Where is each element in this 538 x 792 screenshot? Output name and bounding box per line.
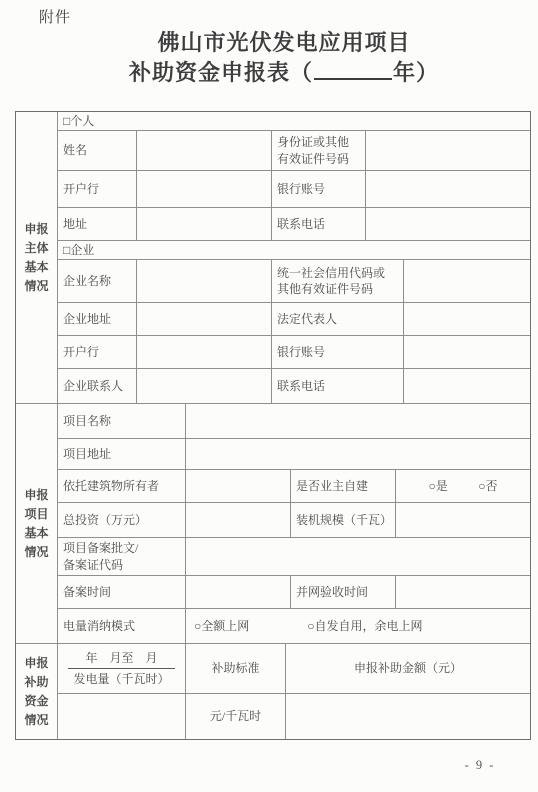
period-blank-line: 年 月至 月 <box>68 650 174 668</box>
table-row: 企业地址 法定代表人 <box>58 303 530 336</box>
generation-value-cell <box>58 694 186 739</box>
table-row: 总投资（万元） 装机规模（千瓦） <box>58 503 530 538</box>
name-value-cell <box>137 131 272 170</box>
total-investment-label: 总投资（万元） <box>58 503 186 537</box>
building-owner-label: 依托建筑物所有者 <box>58 470 186 502</box>
subsidy-amount-value-cell <box>286 694 530 739</box>
generation-period-cell: 年 月至 月 发电量（千瓦时） <box>58 644 186 693</box>
section-applicant-body: □个人 姓名 身份证或其他 有效证件号码 开户行 银行账号 地址 <box>58 112 530 403</box>
section-subsidy-label: 申报 补助 资金 情况 <box>16 644 58 739</box>
grid-acceptance-label: 并网验收时间 <box>291 576 396 608</box>
table-row: 依托建筑物所有者 是否业主自建 ○是 ○否 <box>58 470 530 503</box>
document-title: 佛山市光伏发电应用项目 补助资金申报表（年） <box>30 28 538 88</box>
phone-value-cell <box>366 208 530 240</box>
company-address-label: 企业地址 <box>58 303 137 335</box>
phone-label: 联系电话 <box>272 208 366 240</box>
table-row: 项目名称 <box>58 404 530 439</box>
installed-capacity-value-cell <box>396 503 530 537</box>
owner-self-built-label: 是否业主自建 <box>291 470 396 502</box>
table-row: 项目地址 <box>58 439 530 470</box>
section-project: 申报 项目 基本 情况 项目名称 项目地址 依托建筑物所有者 是否业主自建 ○是 <box>16 404 530 644</box>
bank-value-cell <box>137 171 272 207</box>
project-address-value-cell <box>186 439 530 469</box>
table-row: 企业名称 统一社会信用代码或 其他有效证件号码 <box>58 260 530 303</box>
credit-code-label: 统一社会信用代码或 其他有效证件号码 <box>272 260 404 302</box>
table-row: □企业 <box>58 241 530 260</box>
attachment-label: 附件 <box>39 6 71 27</box>
id-number-value-cell <box>366 131 530 170</box>
consumption-mode-options: ○全额上网 ○自发自用，余电上网 <box>186 609 530 643</box>
individual-checkbox-header: □个人 <box>58 112 530 130</box>
bank-account-label: 银行账号 <box>272 171 366 207</box>
company-phone-value-cell <box>404 369 530 403</box>
project-name-label: 项目名称 <box>58 404 186 438</box>
company-contact-value-cell <box>137 369 272 403</box>
installed-capacity-label: 装机规模（千瓦） <box>291 503 396 537</box>
company-address-value-cell <box>137 303 272 335</box>
section-subsidy: 申报 补助 资金 情况 年 月至 月 发电量（千瓦时） 补助标准 申报补助金额（… <box>16 644 530 739</box>
table-row: 电量消纳模式 ○全额上网 ○自发自用，余电上网 <box>58 609 530 643</box>
title-line2-suffix: 年） <box>393 60 439 85</box>
id-number-label: 身份证或其他 有效证件号码 <box>272 131 366 170</box>
table-row: 姓名 身份证或其他 有效证件号码 <box>58 131 530 171</box>
document-page: 附件 佛山市光伏发电应用项目 补助资金申报表（年） 申报 主体 基本 情况 □个… <box>0 0 538 792</box>
generation-label: 发电量（千瓦时） <box>73 671 169 687</box>
record-doc-value-cell <box>186 538 530 575</box>
legal-representative-value-cell <box>404 303 530 335</box>
radio-no-option: ○否 <box>478 478 497 494</box>
company-phone-label: 联系电话 <box>272 369 404 403</box>
radio-yes-option: ○是 <box>429 478 448 494</box>
table-row: 开户行 银行账号 <box>58 171 530 208</box>
application-form-table: 申报 主体 基本 情况 □个人 姓名 身份证或其他 有效证件号码 开户行 银行账… <box>15 111 531 740</box>
project-address-label: 项目地址 <box>58 439 186 469</box>
company-bank-account-value-cell <box>404 336 530 368</box>
title-line-1: 佛山市光伏发电应用项目 <box>30 28 538 58</box>
table-row: 年 月至 月 发电量（千瓦时） 补助标准 申报补助金额（元） <box>58 644 530 694</box>
table-row: 企业联系人 联系电话 <box>58 369 530 403</box>
section-applicant: 申报 主体 基本 情况 □个人 姓名 身份证或其他 有效证件号码 开户行 银行账… <box>16 112 530 404</box>
bank-label: 开户行 <box>58 171 137 207</box>
table-row: 地址 联系电话 <box>58 208 530 241</box>
company-contact-label: 企业联系人 <box>58 369 137 403</box>
subsidy-amount-label: 申报补助金额（元） <box>286 644 530 693</box>
address-value-cell <box>137 208 272 240</box>
record-doc-label: 项目备案批文/ 备案证代码 <box>58 538 186 575</box>
company-bank-account-label: 银行账号 <box>272 336 404 368</box>
table-row: 元/千瓦时 <box>58 694 530 739</box>
subsidy-unit-label: 元/千瓦时 <box>186 694 286 739</box>
table-row: 项目备案批文/ 备案证代码 <box>58 538 530 576</box>
record-time-value-cell <box>186 576 291 608</box>
total-investment-value-cell <box>186 503 291 537</box>
bank-account-value-cell <box>366 171 530 207</box>
page-number: - 9 - <box>450 758 510 773</box>
section-project-label: 申报 项目 基本 情况 <box>16 404 58 643</box>
record-time-label: 备案时间 <box>58 576 186 608</box>
credit-code-value-cell <box>404 260 530 302</box>
building-owner-value-cell <box>186 470 291 502</box>
company-name-label: 企业名称 <box>58 260 137 302</box>
name-label: 姓名 <box>58 131 137 170</box>
company-name-value-cell <box>137 260 272 302</box>
legal-representative-label: 法定代表人 <box>272 303 404 335</box>
enterprise-checkbox-header: □企业 <box>58 241 530 259</box>
company-bank-label: 开户行 <box>58 336 137 368</box>
section-project-body: 项目名称 项目地址 依托建筑物所有者 是否业主自建 ○是 ○否 <box>58 404 530 643</box>
radio-self-use-option: ○自发自用，余电上网 <box>307 618 422 634</box>
section-applicant-label: 申报 主体 基本 情况 <box>16 112 58 403</box>
grid-acceptance-value-cell <box>396 576 530 608</box>
company-bank-value-cell <box>137 336 272 368</box>
table-row: □个人 <box>58 112 530 131</box>
title-line-2: 补助资金申报表（年） <box>30 58 538 88</box>
radio-full-grid-option: ○全额上网 <box>194 618 249 634</box>
section-subsidy-body: 年 月至 月 发电量（千瓦时） 补助标准 申报补助金额（元） 元/千瓦时 <box>58 644 530 739</box>
table-row: 备案时间 并网验收时间 <box>58 576 530 609</box>
year-blank-underline <box>314 62 392 80</box>
title-line2-prefix: 补助资金申报表（ <box>129 60 313 85</box>
owner-self-built-options: ○是 ○否 <box>396 470 530 502</box>
table-row: 开户行 银行账号 <box>58 336 530 369</box>
address-label: 地址 <box>58 208 137 240</box>
consumption-mode-label: 电量消纳模式 <box>58 609 186 643</box>
subsidy-standard-label: 补助标准 <box>186 644 286 693</box>
project-name-value-cell <box>186 404 530 438</box>
